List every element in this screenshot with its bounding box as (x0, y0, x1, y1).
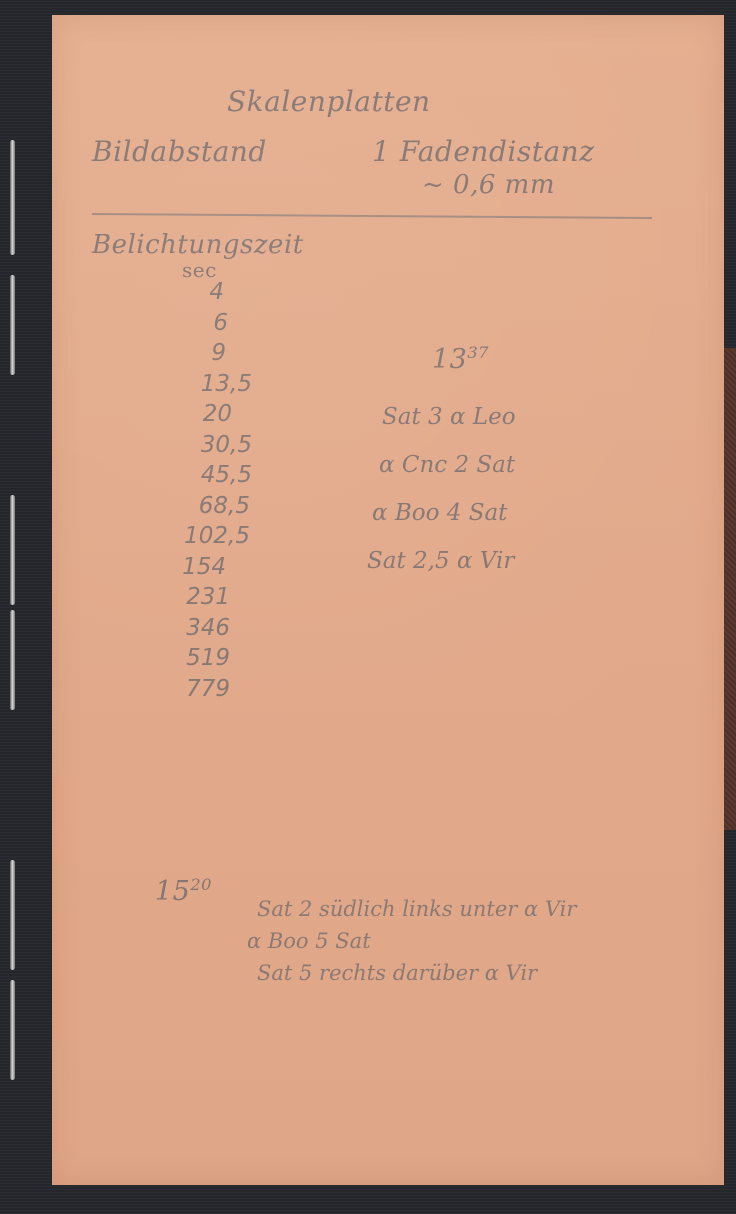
entry2-hour: 15 (155, 876, 190, 907)
staple (10, 495, 15, 605)
exposure-time: 346 (112, 613, 252, 644)
entry2-note: Sat 2 südlich links unter α Vir (257, 893, 576, 925)
leather-strip (722, 348, 736, 830)
exposure-time: 779 (112, 674, 252, 705)
exposure-time: 6 (112, 308, 252, 339)
entry2-time: 1520 (155, 875, 212, 907)
staple (10, 610, 15, 710)
thread-distance-value: ~ 0,6 mm (422, 170, 555, 200)
staple (10, 275, 15, 375)
entry2-notes: Sat 2 südlich links unter α Vir α Boo 5 … (247, 893, 576, 989)
exposure-time: 45,5 (112, 460, 252, 491)
entry1-hour: 13 (432, 344, 467, 375)
exposure-time: 231 (112, 582, 252, 613)
exposure-unit: sec (182, 258, 217, 282)
notebook-page: Skalenplatten Bildabstand 1 Fadendistanz… (52, 15, 724, 1185)
entry1-notes: Sat 3 α Leo α Cnc 2 Sat α Boo 4 Sat Sat … (367, 393, 516, 585)
exposure-time-heading: Belichtungszeit (92, 230, 304, 260)
divider-line (92, 213, 652, 218)
entry1-note: Sat 2,5 α Vir (367, 537, 516, 585)
entry1-note: α Cnc 2 Sat (379, 441, 516, 489)
thread-distance-label: 1 Fadendistanz (372, 135, 594, 168)
exposure-time: 4 (112, 277, 252, 308)
exposure-time: 13,5 (112, 369, 252, 400)
exposure-time: 20 (112, 399, 252, 430)
entry1-time: 1337 (432, 343, 489, 375)
staple (10, 140, 15, 255)
exposure-time: 154 (112, 552, 252, 583)
entry1-minute: 37 (467, 343, 489, 362)
entry2-note: α Boo 5 Sat (247, 925, 576, 957)
page-title: Skalenplatten (227, 85, 431, 118)
exposure-time: 9 (112, 338, 252, 369)
exposure-time-list: 4 6 9 13,5 20 30,5 45,5 68,5 102,5 154 2… (112, 277, 252, 704)
exposure-time: 102,5 (112, 521, 252, 552)
entry1-note: α Boo 4 Sat (372, 489, 516, 537)
exposure-time: 68,5 (112, 491, 252, 522)
image-distance-label: Bildabstand (92, 135, 267, 168)
exposure-time: 30,5 (112, 430, 252, 461)
staple (10, 980, 15, 1080)
entry2-note: Sat 5 rechts darüber α Vir (257, 957, 576, 989)
exposure-time: 519 (112, 643, 252, 674)
staple (10, 860, 15, 970)
entry2-minute: 20 (190, 875, 212, 894)
entry1-note: Sat 3 α Leo (382, 393, 516, 441)
